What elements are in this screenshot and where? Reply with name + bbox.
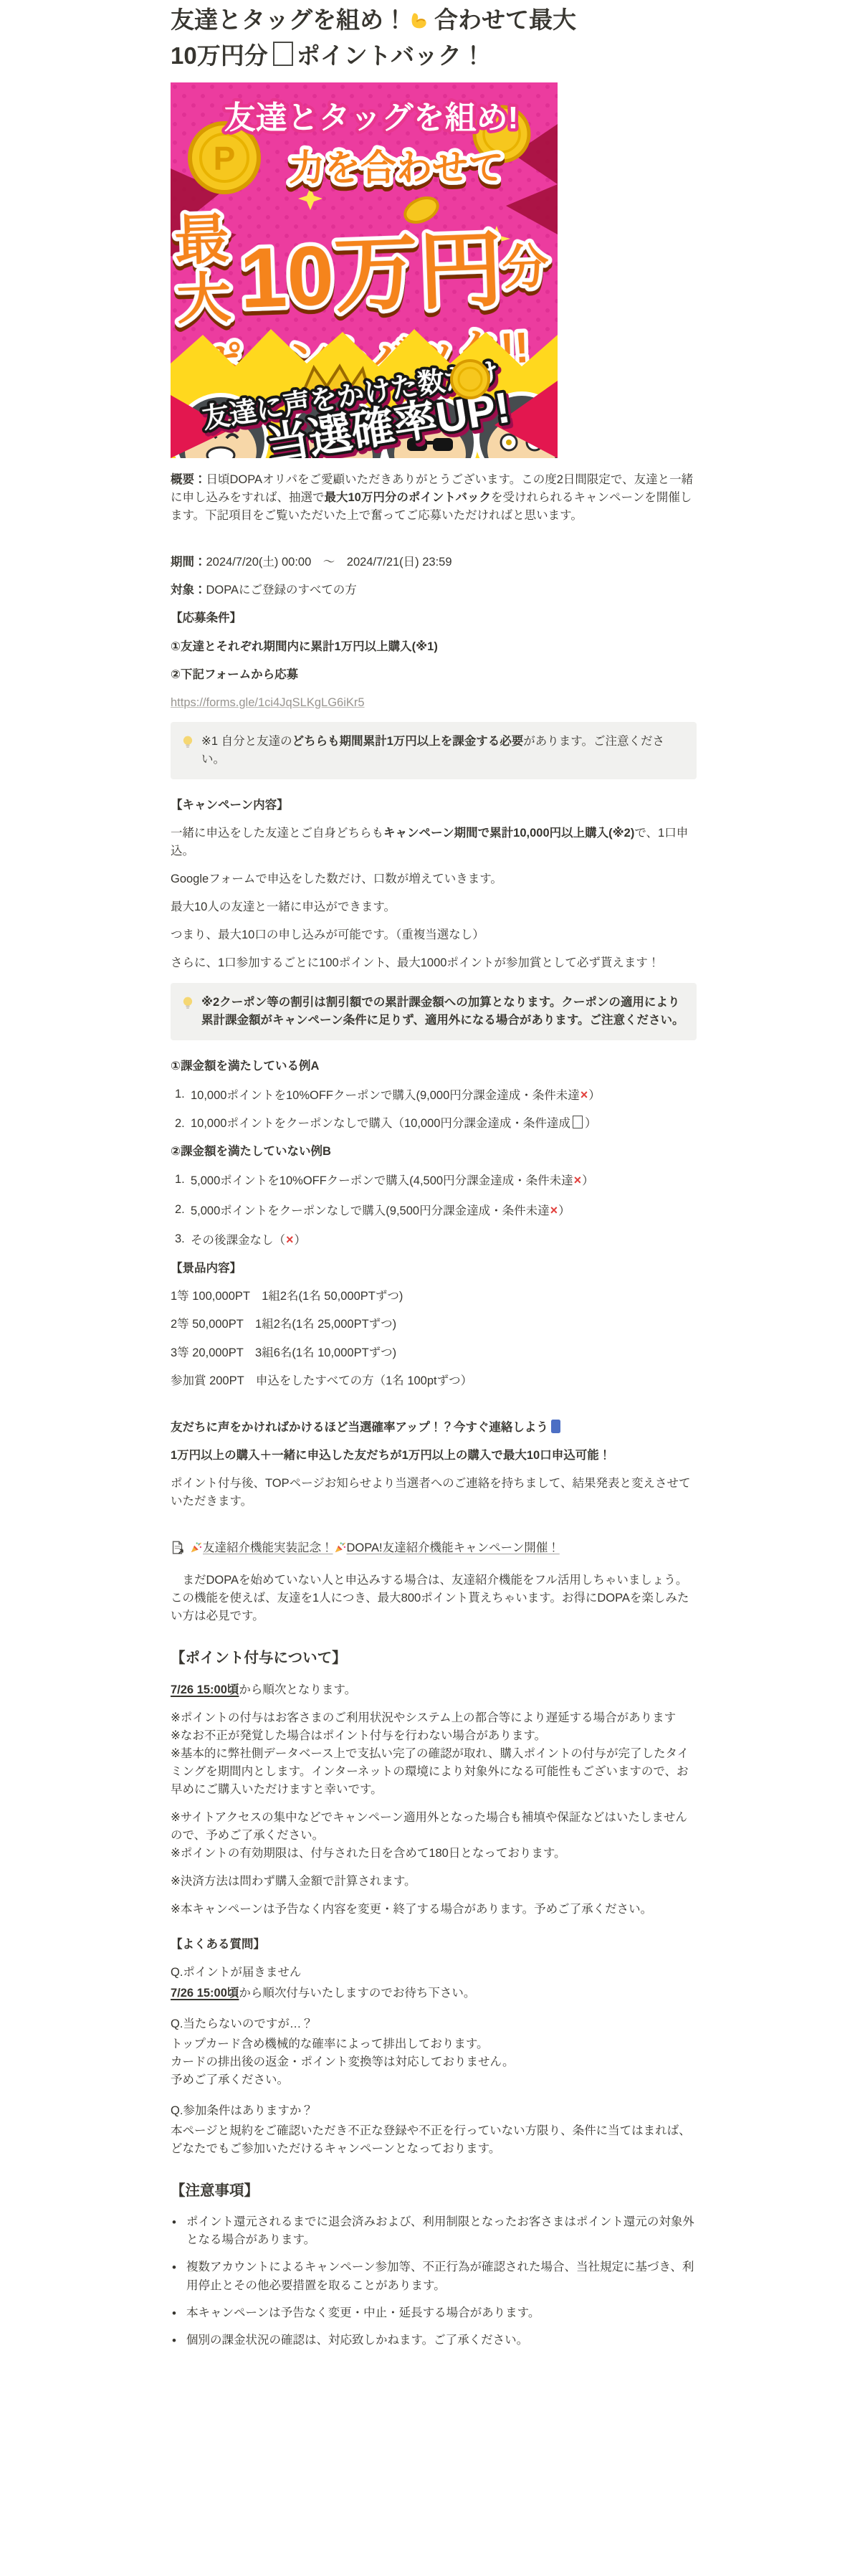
example-a-header: ①課金額を満たしている例A bbox=[171, 1058, 697, 1075]
note-text: ポイント還元されるまでに退会済みおよび、利用制限となったお客さまはポイント還元の… bbox=[186, 2213, 697, 2249]
faq-a3: 本ページと規約をご確認いただき不正な登録や不正を行っていない方限り、条件に当ては… bbox=[171, 2122, 697, 2158]
faq-a1-rest: から順次付与いたしますのでお待ち下さい。 bbox=[239, 1987, 475, 2000]
period-line: 期間：2024/7/20(土) 00:00 ～ 2024/7/21(日) 23:… bbox=[171, 553, 697, 571]
item-number: 3. bbox=[171, 1230, 191, 1250]
callout-note2: ※2クーポン等の割引は割引額での累計課金額への加算となります。クーポンの適用によ… bbox=[171, 983, 697, 1040]
item-text-post: ） bbox=[588, 1089, 601, 1102]
item-text-pre: 5,000ポイントをクーポンなしで購入(9,500円分課金達成・条件未達 bbox=[191, 1204, 550, 1217]
item-text-post: ） bbox=[582, 1174, 594, 1187]
callout1-pre: ※1 自分と友達の bbox=[201, 735, 292, 748]
callout-note1: ※1 自分と友達のどちらも期間累計1万円以上を課金する必要があります。ご注意くだ… bbox=[171, 722, 697, 779]
notes-header: 【注意事項】 bbox=[171, 2180, 697, 2202]
target-value: DOPAにご登録のすべての方 bbox=[206, 584, 357, 597]
related-page-link-text1: 友達紹介機能実装記念！ bbox=[203, 1541, 333, 1554]
notes-list: •ポイント還元されるまでに退会済みおよび、利用制限となったお客さまはポイント還元… bbox=[171, 2213, 697, 2350]
note-item-1: •ポイント還元されるまでに退会済みおよび、利用制限となったお客さまはポイント還元… bbox=[171, 2213, 697, 2249]
bulb-icon bbox=[182, 994, 193, 1030]
points-lead-date: 7/26 15:00頃 bbox=[171, 1683, 239, 1696]
item-number: 1. bbox=[171, 1085, 191, 1105]
missing-emoji-box bbox=[573, 1116, 583, 1128]
campaign-p3: 最大10人の友達と一緒に申込ができます。 bbox=[171, 898, 697, 916]
note-item-3: •本キャンペーンは予告なく変更・中止・延長する場合があります。 bbox=[171, 2304, 697, 2323]
note-text: 本キャンペーンは予告なく変更・中止・延長する場合があります。 bbox=[186, 2304, 540, 2323]
points-note-block-3: ※決済方法は問わず購入金額で計算されます。 bbox=[171, 1873, 697, 1891]
item-text-pre: 10,000ポイントを10%OFFクーポンで購入(9,000円分課金達成・条件未… bbox=[191, 1089, 580, 1102]
cross-mark-icon: × bbox=[285, 1232, 295, 1247]
promo-bun: 分 bbox=[501, 239, 550, 294]
faq-a1: 7/26 15:00頃から順次付与いたしますのでお待ち下さい。 bbox=[171, 1985, 697, 2002]
cross-mark-icon: × bbox=[550, 1203, 559, 1217]
promo-amount: 10万円 bbox=[238, 222, 505, 326]
faq-item-3: Q.参加条件はありますか？ 本ページと規約をご確認いただき不正な登録や不正を行っ… bbox=[171, 2102, 697, 2158]
faq-q1: Q.ポイントが届きません bbox=[171, 1964, 697, 1982]
bullet-icon: • bbox=[171, 2332, 178, 2350]
prize-line-4: 参加賞 200PT 申込をしたすべての方（1名 100ptずつ） bbox=[171, 1372, 697, 1390]
missing-emoji-box bbox=[273, 42, 293, 66]
page-title: 友達とタッグを組め！合わせて最大 10万円分ポイントバック！ bbox=[171, 4, 697, 71]
promo-image-canvas: P 友達とタッグを組め! 力を合わせて 最 大 10万円 分 ポイントバック!! bbox=[171, 82, 558, 458]
item-text: 10,000ポイントをクーポンなしで購入（10,000円分課金達成・条件達成） bbox=[191, 1115, 697, 1133]
promo-image: P 友達とタッグを組め! 力を合わせて 最 大 10万円 分 ポイントバック!! bbox=[171, 82, 558, 458]
faq-item-2: Q.当たらないのですが…？ トップカード含め機械的な確率によって排出しております… bbox=[171, 2015, 697, 2089]
item-text: 5,000ポイントを10%OFFクーポンで購入(4,500円分課金達成・条件未達… bbox=[191, 1171, 697, 1190]
prize-line-2: 2等 50,000PT 1組2名(1名 25,000PTずつ) bbox=[171, 1316, 697, 1334]
bulb-icon bbox=[182, 733, 193, 769]
prizes-header: 【景品内容】 bbox=[171, 1260, 697, 1278]
note-text: 複数アカウントによるキャンペーン参加等、不正行為が確認された場合、当社規定に基づ… bbox=[186, 2258, 697, 2294]
cross-mark-icon: × bbox=[573, 1173, 583, 1187]
spacer bbox=[171, 1521, 697, 1539]
callout1-bold: どちらも期間累計1万円以上を課金する必要 bbox=[292, 735, 524, 748]
page-arrow-icon bbox=[171, 1539, 184, 1560]
promo-coin-bottom bbox=[451, 361, 489, 398]
faq-a1-date: 7/26 15:00頃 bbox=[171, 1987, 239, 2000]
item-number: 2. bbox=[171, 1115, 191, 1133]
points-note-block-1: ※ポイントの付与はお客さまのご利用状況やシステム上の都合等により遅延する場合があ… bbox=[171, 1709, 697, 1799]
item-text-post: ） bbox=[558, 1204, 570, 1217]
condition-2: ②下記フォームから応募 bbox=[171, 666, 697, 684]
faq-q2: Q.当たらないのですが…？ bbox=[171, 2015, 697, 2033]
title-text-1: 友達とタッグを組め！ bbox=[171, 6, 407, 33]
item-text: 10,000ポイントを10%OFFクーポンで購入(9,000円分課金達成・条件未… bbox=[191, 1085, 697, 1105]
bullet-icon: • bbox=[171, 2213, 178, 2249]
target-label: 対象： bbox=[171, 584, 206, 597]
callout-note2-text: ※2クーポン等の割引は割引額での累計課金額への加算となります。クーポンの適用によ… bbox=[201, 994, 685, 1030]
referral-detail-paragraph: まだDOPAを始めていない人と申込みする場合は、友達紹介機能をフル活用しちゃいま… bbox=[171, 1572, 697, 1625]
party-popper-icon bbox=[190, 1541, 202, 1559]
faq-header: 【よくある質問】 bbox=[171, 1936, 697, 1954]
note-item-2: •複数アカウントによるキャンペーン参加等、不正行為が確認された場合、当社規定に基… bbox=[171, 2258, 697, 2294]
campaign-page: 友達とタッグを組め！合わせて最大 10万円分ポイントバック！ bbox=[171, 0, 697, 2576]
item-text-pre: 10,000ポイントをクーポンなしで購入（10,000円分課金達成・条件達成 bbox=[191, 1117, 570, 1130]
faq-item-1: Q.ポイントが届きません 7/26 15:00頃から順次付与いたしますのでお待ち… bbox=[171, 1964, 697, 2002]
example-b-header: ②課金額を満たしていない例B bbox=[171, 1143, 697, 1161]
campaign-p1-pre: 一緒に申込をした友達とご自身どちらも bbox=[171, 827, 383, 840]
callout-note1-text: ※1 自分と友達のどちらも期間累計1万円以上を課金する必要があります。ご注意くだ… bbox=[201, 733, 685, 769]
condition-1: ①友達とそれぞれ期間内に累計1万円以上購入(※1) bbox=[171, 638, 697, 656]
faq-q3: Q.参加条件はありますか？ bbox=[171, 2102, 697, 2120]
faq-a2: トップカード含め機械的な確率によって排出しております。 カードの排出後の返金・ポ… bbox=[171, 2035, 697, 2089]
overview-bold: 最大10万円分のポイントバック bbox=[325, 491, 492, 504]
item-number: 2. bbox=[171, 1201, 191, 1220]
referral-cta-text: 友だちに声をかければかけるほど当選確率アップ！？今すぐ連絡しよう bbox=[171, 1421, 548, 1434]
overview-label: 概要： bbox=[171, 473, 206, 486]
points-header: 【ポイント付与について】 bbox=[171, 1647, 697, 1669]
spacer bbox=[171, 535, 697, 553]
cross-mark-icon: × bbox=[580, 1088, 589, 1102]
phone-icon bbox=[551, 1420, 560, 1433]
points-note-block-2: ※サイトアクセスの集中などでキャンペーン適用外となった場合も補填や保証などはいた… bbox=[171, 1809, 697, 1863]
title-text-2: 合わせて最大 bbox=[434, 6, 576, 33]
related-page-link[interactable]: 友達紹介機能実装記念！DOPA!友達紹介機能キャンペーン開催！ bbox=[189, 1539, 560, 1559]
item-number: 1. bbox=[171, 1171, 191, 1190]
referral-cta-line: 友だちに声をかければかけるほど当選確率アップ！？今すぐ連絡しよう bbox=[171, 1419, 697, 1437]
target-line: 対象：DOPAにご登録のすべての方 bbox=[171, 581, 697, 599]
campaign-p1-bold: キャンペーン期間で累計10,000円以上購入(※2) bbox=[383, 827, 634, 840]
party-popper-icon bbox=[334, 1541, 346, 1559]
title-text-3: 10万円分 bbox=[171, 42, 268, 69]
example-b-item-3: 3. その後課金なし（×） bbox=[171, 1230, 697, 1250]
campaign-header: 【キャンペーン内容】 bbox=[171, 797, 697, 814]
item-text: 5,000ポイントをクーポンなしで購入(9,500円分課金達成・条件未達×） bbox=[191, 1201, 697, 1220]
period-label: 期間： bbox=[171, 556, 206, 569]
bullet-icon: • bbox=[171, 2304, 178, 2323]
overview-paragraph: 概要：日頃DOPAオリパをご愛顧いただきありがとうございます。この度2日間限定で… bbox=[171, 471, 697, 525]
referral-max-line: 1万円以上の購入＋一緒に申込した友だちが1万円以上の購入で最大10口申込可能！ bbox=[171, 1447, 697, 1465]
campaign-p1: 一緒に申込をした友達とご自身どちらもキャンペーン期間で累計10,000円以上購入… bbox=[171, 824, 697, 860]
period-value: 2024/7/20(土) 00:00 ～ 2024/7/21(日) 23:59 bbox=[206, 556, 452, 569]
campaign-p4: つまり、最大10口の申し込みが可能です。（重複当選なし） bbox=[171, 926, 697, 944]
form-link[interactable]: https://forms.gle/1ci4JqSLKgLG6iKr5 bbox=[171, 696, 365, 709]
form-link-line: https://forms.gle/1ci4JqSLKgLG6iKr5 bbox=[171, 694, 697, 712]
item-text: その後課金なし（×） bbox=[191, 1230, 697, 1250]
example-b-item-1: 1. 5,000ポイントを10%OFFクーポンで購入(4,500円分課金達成・条… bbox=[171, 1171, 697, 1190]
points-lead: 7/26 15:00頃から順次となります。 bbox=[171, 1681, 697, 1699]
conditions-header: 【応募条件】 bbox=[171, 609, 697, 627]
points-lead-rest: から順次となります。 bbox=[239, 1683, 356, 1696]
example-b-item-2: 2. 5,000ポイントをクーポンなしで購入(9,500円分課金達成・条件未達×… bbox=[171, 1201, 697, 1220]
bullet-icon: • bbox=[171, 2258, 178, 2294]
muscle-icon bbox=[409, 9, 432, 40]
note-item-4: •個別の課金状況の確認は、対応致しかねます。ご了承ください。 bbox=[171, 2332, 697, 2350]
item-text-pre: その後課金なし（ bbox=[191, 1234, 285, 1247]
promo-dai: 大 bbox=[176, 268, 232, 331]
points-note-block-4: ※本キャンペーンは予告なく内容を変更・終了する場合があります。予めご了承ください… bbox=[171, 1901, 697, 1919]
item-text-pre: 5,000ポイントを10%OFFクーポンで購入(4,500円分課金達成・条件未達 bbox=[191, 1174, 573, 1187]
example-a-item-1: 1. 10,000ポイントを10%OFFクーポンで購入(9,000円分課金達成・… bbox=[171, 1085, 697, 1105]
prize-line-3: 3等 20,000PT 3組6名(1名 10,000PTずつ) bbox=[171, 1344, 697, 1362]
prize-line-1: 1等 100,000PT 1組2名(1名 50,000PTずつ) bbox=[171, 1288, 697, 1306]
related-page-link-text2: DOPA!友達紹介機能キャンペーン開催！ bbox=[347, 1541, 560, 1554]
promo-sai: 最 bbox=[173, 209, 230, 272]
title-text-4: ポイントバック！ bbox=[297, 42, 485, 69]
spacer bbox=[171, 1400, 697, 1419]
item-text-post: ） bbox=[295, 1234, 307, 1247]
promo-subline: 力を合わせて bbox=[289, 148, 504, 188]
related-page-link-line: 友達紹介機能実装記念！DOPA!友達紹介機能キャンペーン開催！ bbox=[171, 1539, 697, 1560]
promo-coin-letter: P bbox=[214, 140, 236, 177]
example-a-item-2: 2. 10,000ポイントをクーポンなしで購入（10,000円分課金達成・条件達… bbox=[171, 1115, 697, 1133]
campaign-p5: さらに、1口参加するごとに100ポイント、最大1000ポイントが参加賞として必ず… bbox=[171, 954, 697, 972]
item-text-post: ） bbox=[585, 1117, 597, 1130]
campaign-p2: Googleフォームで申込をした数だけ、口数が増えていきます。 bbox=[171, 870, 697, 888]
result-announce-paragraph: ポイント付与後、TOPページお知らせより当選者へのご連絡を持ちまして、結果発表と… bbox=[171, 1475, 697, 1511]
promo-headline: 友達とタッグを組め! bbox=[224, 100, 519, 136]
note-text: 個別の課金状況の確認は、対応致しかねます。ご了承ください。 bbox=[186, 2332, 528, 2350]
